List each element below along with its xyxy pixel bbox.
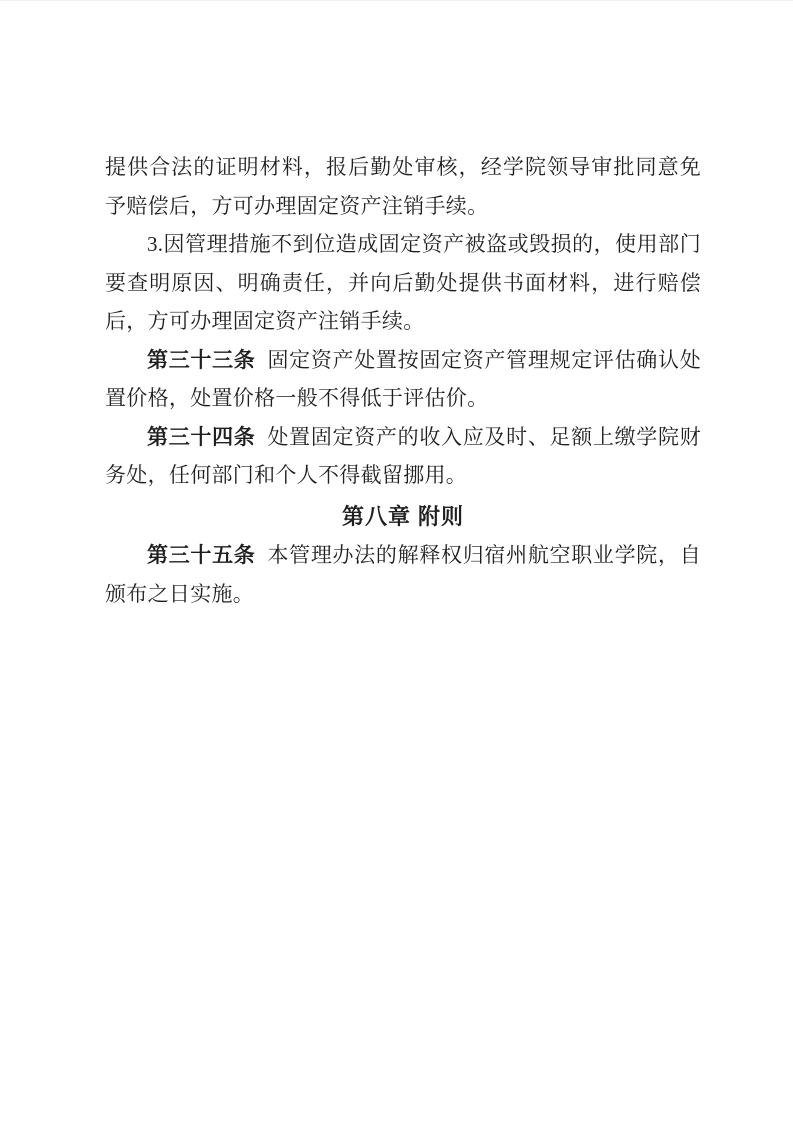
paragraph-continuation: 提供合法的证明材料，报后勤处审核，经学院领导审批同意免予赔偿后，方可办理固定资产… bbox=[105, 148, 701, 225]
chapter-heading-text: 第八章 附则 bbox=[342, 504, 464, 529]
text-run: 提供合法的证明材料，报后勤处审核，经学院领导审批同意免予赔偿后，方可办理固定资产… bbox=[105, 155, 701, 218]
paragraph: 3.因管理措施不到位造成固定资产被盗或毁损的，使用部门要查明原因、明确责任，并向… bbox=[105, 225, 701, 341]
text-run: 3.因管理措施不到位造成固定资产被盗或毁损的，使用部门要查明原因、明确责任，并向… bbox=[105, 232, 701, 333]
chapter-heading: 第八章 附则 bbox=[105, 498, 701, 537]
article-number-label: 第三十三条 bbox=[147, 348, 256, 372]
article-number-label: 第三十四条 bbox=[147, 425, 256, 449]
paragraph: 第三十三条 固定资产处置按固定资产管理规定评估确认处置价格，处置价格一般不得低于… bbox=[105, 341, 701, 418]
document-body: 提供合法的证明材料，报后勤处审核，经学院领导审批同意免予赔偿后，方可办理固定资产… bbox=[105, 148, 701, 613]
document-page: 提供合法的证明材料，报后勤处审核，经学院领导审批同意免予赔偿后，方可办理固定资产… bbox=[0, 0, 793, 1122]
article-number-label: 第三十五条 bbox=[147, 543, 256, 567]
paragraph: 第三十五条 本管理办法的解释权归宿州航空职业学院，自颁布之日实施。 bbox=[105, 536, 701, 613]
paragraph: 第三十四条 处置固定资产的收入应及时、足额上缴学院财务处，任何部门和个人不得截留… bbox=[105, 418, 701, 495]
